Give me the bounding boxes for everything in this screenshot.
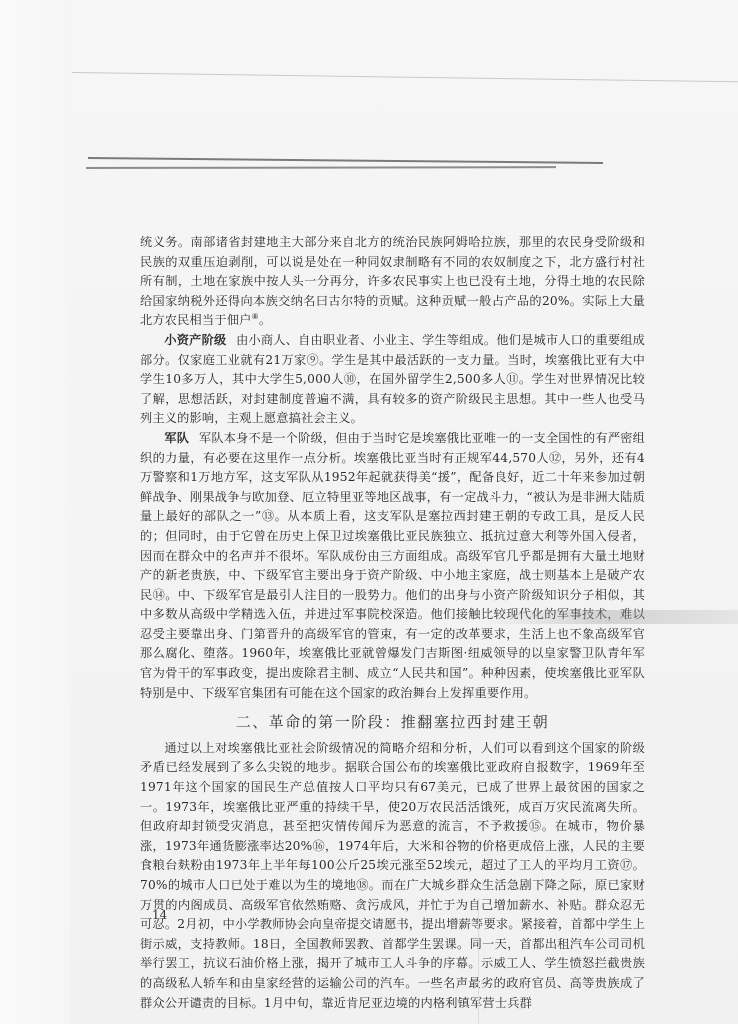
paragraph-tail: 。 [259,313,271,327]
paragraph-revolution-first-stage: 通过以上对埃塞俄比亚社会阶级情况的简略介绍和分析，人们可以看到这个国家的阶级矛盾… [140,739,645,1013]
paper-fold-line [478,898,479,1024]
header-rule-bottom [86,166,556,169]
paragraph-petty-bourgeoisie: 小资产阶级由小商人、自由职业者、小业主、学生等组成。他们是城市人口的重要组成部分… [140,331,645,429]
run-in-heading: 小资产阶级 [164,333,226,347]
header-rule-top [88,157,603,164]
scan-smudge [480,610,738,624]
paper-top-edge [72,72,738,82]
paragraph-feudal-obligations: 统义务。南部诸省封建地主大部分来自北方的统治民族阿姆哈拉族，那里的农民身受阶级和… [140,233,645,331]
run-in-heading: 军队 [164,431,189,445]
paragraph-text: 统义务。南部诸省封建地主大部分来自北方的统治民族阿姆哈拉族，那里的农民身受阶级和… [140,235,645,327]
scanned-page: 统义务。南部诸省封建地主大部分来自北方的统治民族阿姆哈拉族，那里的农民身受阶级和… [0,0,738,1024]
section-title: 二、革命的第一阶段：推翻塞拉西封建王朝 [140,713,645,733]
page-number: 14 [152,908,167,922]
paragraph-army: 军队军队本身不是一个阶级，但由于当时它是埃塞俄比亚唯一的一支全国性的有严密组织的… [140,429,645,703]
paragraph-text: 军队本身不是一个阶级，但由于当时它是埃塞俄比亚唯一的一支全国性的有严密组织的力量… [140,431,645,700]
scan-margin-shadow [0,0,70,1024]
footnote-marker: ⑧ [252,312,259,321]
paragraph-text: 通过以上对埃塞俄比亚社会阶级情况的简略介绍和分析，人们可以看到这个国家的阶级矛盾… [140,741,645,1010]
